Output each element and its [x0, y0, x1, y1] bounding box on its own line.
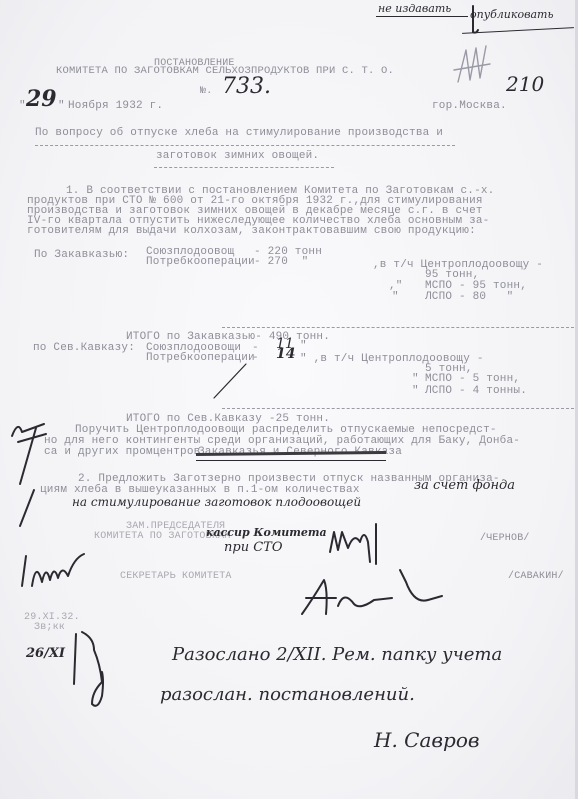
- handwritten-date: 26/XI: [26, 646, 65, 661]
- archive-page-number: 210: [506, 72, 544, 96]
- annotation-stroke: [470, 4, 480, 34]
- handwritten-note-signature: Н. Савров: [374, 728, 480, 752]
- org-tail: ": [300, 341, 307, 352]
- org-qty: -: [252, 353, 259, 364]
- breakdown-line: ЛСПО - 80 ": [425, 292, 513, 303]
- deputy-handwritten-2: при СТО: [224, 540, 282, 555]
- handwritten-note-line-1: Разослано 2/XII. Рем. папку учета: [172, 644, 502, 665]
- annotation-word-2: опубликовать: [470, 8, 553, 21]
- savakin-signature-icon: [296, 560, 446, 630]
- section-rule: [222, 408, 574, 409]
- margin-signature-icon: [64, 620, 114, 710]
- breakdown-prefix: ": [412, 386, 419, 397]
- breakdown-prefix: ": [392, 292, 399, 303]
- org-name: Потребкооперации: [146, 257, 255, 268]
- resolution-number-prefix: №.: [200, 86, 212, 97]
- org-qty: - 270 ": [254, 257, 308, 268]
- date-month-year: Ноября 1932 г.: [68, 101, 163, 112]
- pen-stroke: [18, 488, 38, 528]
- secretary-name: /САВАКИН/: [508, 571, 564, 582]
- deputy-name: /ЧЕРНОВ/: [480, 533, 530, 544]
- handwritten-note-line-2: разослан. постановлений.: [160, 684, 415, 705]
- instruction-line: са и других промцентров: [44, 447, 200, 458]
- breakdown-line: ЛСПО - 4 тонны.: [425, 386, 527, 397]
- section-rule: [222, 327, 574, 328]
- date-day: 29: [26, 86, 57, 112]
- subject-rule-2: [154, 167, 334, 168]
- p1-line: готовителям для выдачи колхозам, законтр…: [27, 226, 476, 237]
- date-quote-close: ": [58, 101, 65, 112]
- document-page: не издавать опубликовать ПОСТАНОВЛЕНИЕ К…: [0, 0, 578, 799]
- secretary-title: СЕКРЕТАРЬ КОМИТЕТА: [120, 571, 232, 582]
- city: гор.Москва.: [432, 101, 507, 112]
- region-label: по Сев.Кавказу:: [33, 343, 135, 354]
- annotation-underline-1: [376, 16, 468, 17]
- resolution-number: 733.: [222, 74, 271, 99]
- breakdown-line: МСПО - 5 тонн,: [425, 374, 520, 385]
- breakdown-prefix: ": [412, 374, 419, 385]
- handwritten-qty: 14: [276, 346, 295, 362]
- date-quote-open: ": [19, 101, 26, 112]
- initials-scribble-icon: [18, 546, 88, 606]
- underline: [196, 460, 386, 461]
- typist-mark-2: Зв;кк: [34, 622, 65, 633]
- deputy-handwritten: кассир Комитета: [206, 526, 327, 539]
- annotation-word-1: не издавать: [378, 2, 451, 15]
- pen-stroke: [210, 362, 250, 402]
- handwritten-addition: за счет фонда: [414, 478, 515, 493]
- region-label: По Закавказью:: [34, 250, 129, 261]
- subject-rule-1: [35, 145, 455, 146]
- handwritten-addition-line: на стимулирование заготовок плодоовощей: [72, 495, 361, 509]
- subject-line-1: По вопросу об отпуске хлеба на стимулиро…: [35, 128, 443, 139]
- archive-scribble-icon: [452, 42, 492, 86]
- subject-line-2: заготовок зимних овощей.: [156, 151, 319, 162]
